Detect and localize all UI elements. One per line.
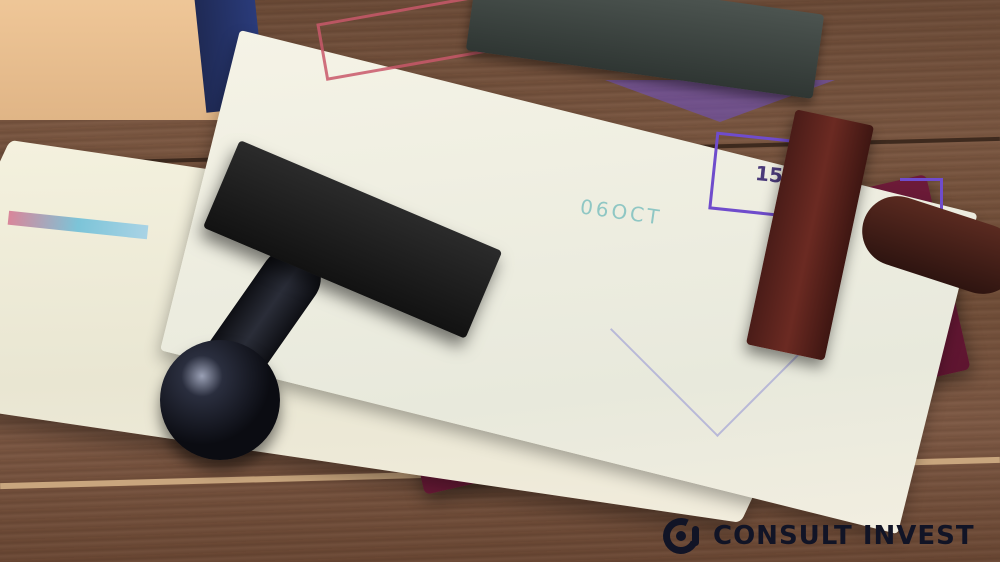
photo-scene: PASPOORT - PA SS 15 F 06OCT xyxy=(0,0,1000,562)
brand-watermark: CONSULT INVEST xyxy=(663,518,975,554)
consult-invest-logo-icon xyxy=(663,518,699,554)
brand-name: CONSULT INVEST xyxy=(713,521,975,551)
black-stamp-knob xyxy=(160,340,280,460)
